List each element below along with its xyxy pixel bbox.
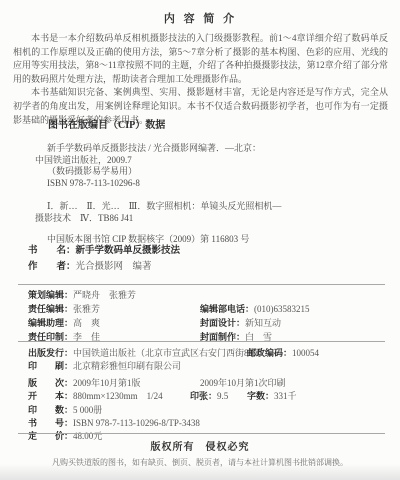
isbn-row: 书 号：ISBN 978-7-113-10296-8/TP-3438 bbox=[28, 417, 385, 430]
scan-shading-artifact bbox=[0, 464, 400, 480]
edition-value: 2009年10月第1版 bbox=[73, 378, 141, 388]
cover-design-value: 新知互动 bbox=[245, 318, 281, 328]
book-title-row: 书 名：新手学数码单反摄影技法 bbox=[28, 243, 385, 259]
editorial-phone: 编辑部电话：(010)63583215 bbox=[200, 302, 310, 316]
cip-section: 图书在版编目（CIP）数据 新手学数码单反摄影技法 / 光合摄影网编著．—北京：… bbox=[35, 116, 380, 245]
book-author-row: 作 者：光合摄影网 编著 bbox=[28, 259, 385, 275]
divider-line bbox=[18, 433, 385, 434]
copies-row: 印 数：5 000册 bbox=[28, 404, 385, 417]
word-count: 字数：331千 bbox=[247, 390, 297, 403]
editorial-assistant-value: 高 爽 bbox=[73, 318, 100, 328]
editorial-assistant-label: 编辑助理： bbox=[28, 318, 73, 328]
print-run-value: 2009年10月第1次印刷 bbox=[200, 377, 286, 390]
postcode: 邮政编码：100054 bbox=[247, 347, 319, 360]
content-summary-section: 内 容 简 介 本书是一本介绍数码单反相机摄影技法的入门级摄影教程。前1～4章详… bbox=[13, 10, 388, 127]
cover-design: 封面设计：新知互动 bbox=[200, 316, 281, 330]
postcode-value: 100054 bbox=[292, 348, 319, 358]
printer-value: 北京精彩雅恒印刷有限公司 bbox=[73, 361, 181, 371]
edition-row: 版 次：2009年10月第1版 2009年10月第1次印刷 bbox=[28, 377, 385, 390]
cover-design-label: 封面设计： bbox=[200, 318, 245, 328]
editors-row: 编辑助理：高 爽 封面设计：新知互动 bbox=[28, 316, 385, 330]
postcode-label: 邮政编码： bbox=[247, 348, 292, 358]
copyright-page: 内 容 简 介 本书是一本介绍数码单反相机摄影技法的入门级摄影教程。前1～4章详… bbox=[0, 0, 400, 480]
cip-line: 中国铁道出版社，2009.7 bbox=[35, 155, 380, 167]
copies-value: 5 000册 bbox=[73, 405, 102, 415]
word-count-label: 字数： bbox=[247, 391, 274, 401]
printed-sheets: 印张：9.5 bbox=[190, 390, 228, 403]
copies-label: 印 数： bbox=[28, 405, 73, 415]
cip-line: 新手学数码单反摄影技法 / 光合摄影网编著．—北京： bbox=[35, 143, 380, 155]
content-summary-title: 内 容 简 介 bbox=[13, 10, 388, 26]
cip-line: 摄影技术 Ⅳ．TB86 J41 bbox=[35, 213, 380, 225]
editorial-phone-value: (010)63583215 bbox=[254, 304, 310, 314]
printed-sheets-label: 印张： bbox=[190, 391, 217, 401]
divider-line bbox=[18, 341, 385, 342]
editors-row: 责任编辑：张雅芳 编辑部电话：(010)63583215 bbox=[28, 302, 385, 316]
book-info-section: 书 名：新手学数码单反摄影技法 作 者：光合摄影网 编著 bbox=[28, 243, 385, 275]
editors-section: 策划编辑：严晓舟 张雅芳 责任编辑：张雅芳 编辑部电话：(010)6358321… bbox=[28, 288, 385, 344]
format-value: 880mm×1230mm 1/24 bbox=[73, 391, 163, 401]
publisher-value: 中国铁道出版社（北京市宣武区右安门西街8号） bbox=[73, 348, 267, 358]
editorial-phone-label: 编辑部电话： bbox=[200, 304, 254, 314]
editors-row: 策划编辑：严晓舟 张雅芳 bbox=[28, 288, 385, 302]
content-summary-paragraph-1: 本书是一本介绍数码单反相机摄影技法的入门级摄影教程。前1～4章详细介绍了数码单反… bbox=[13, 32, 388, 86]
planning-editor-label: 策划编辑： bbox=[28, 290, 73, 300]
publisher-row: 出版发行：中国铁道出版社（北京市宣武区右安门西街8号） 邮政编码：100054 bbox=[28, 347, 385, 360]
book-author-label: 作 者： bbox=[28, 262, 76, 272]
format-row: 开 本：880mm×1230mm 1/24 印张：9.5 字数：331千 bbox=[28, 390, 385, 403]
publication-section: 出版发行：中国铁道出版社（北京市宣武区右安门西街8号） 邮政编码：100054 … bbox=[28, 347, 385, 444]
responsible-editor-value: 张雅芳 bbox=[73, 304, 100, 314]
cip-line: （数码摄影易学易用） bbox=[35, 166, 380, 178]
format-label: 开 本： bbox=[28, 391, 73, 401]
divider-line bbox=[18, 284, 385, 285]
isbn-label: 书 号： bbox=[28, 418, 73, 428]
book-title-value: 新手学数码单反摄影技法 bbox=[76, 246, 181, 256]
publisher-label: 出版发行： bbox=[28, 348, 73, 358]
book-title-label: 书 名： bbox=[28, 246, 76, 256]
printer-row: 印 刷：北京精彩雅恒印刷有限公司 bbox=[28, 360, 385, 373]
book-author-value: 光合摄影网 编著 bbox=[76, 262, 152, 272]
isbn-value: ISBN 978-7-113-10296-8/TP-3438 bbox=[73, 418, 200, 428]
printer-label: 印 刷： bbox=[28, 361, 73, 371]
cip-title: 图书在版编目（CIP）数据 bbox=[48, 116, 380, 131]
copyright-notice-title: 版权所有 侵权必究 bbox=[0, 438, 400, 453]
cip-line: Ⅰ．新… Ⅱ．光… Ⅲ．数字照相机：单镜头反光照相机— bbox=[35, 201, 380, 213]
responsible-editor-label: 责任编辑： bbox=[28, 304, 73, 314]
word-count-value: 331千 bbox=[274, 391, 297, 401]
printed-sheets-value: 9.5 bbox=[217, 391, 228, 401]
cip-line: ISBN 978-7-113-10296-8 bbox=[35, 178, 380, 190]
edition-label: 版 次： bbox=[28, 378, 73, 388]
planning-editor-value: 严晓舟 张雅芳 bbox=[73, 290, 136, 300]
